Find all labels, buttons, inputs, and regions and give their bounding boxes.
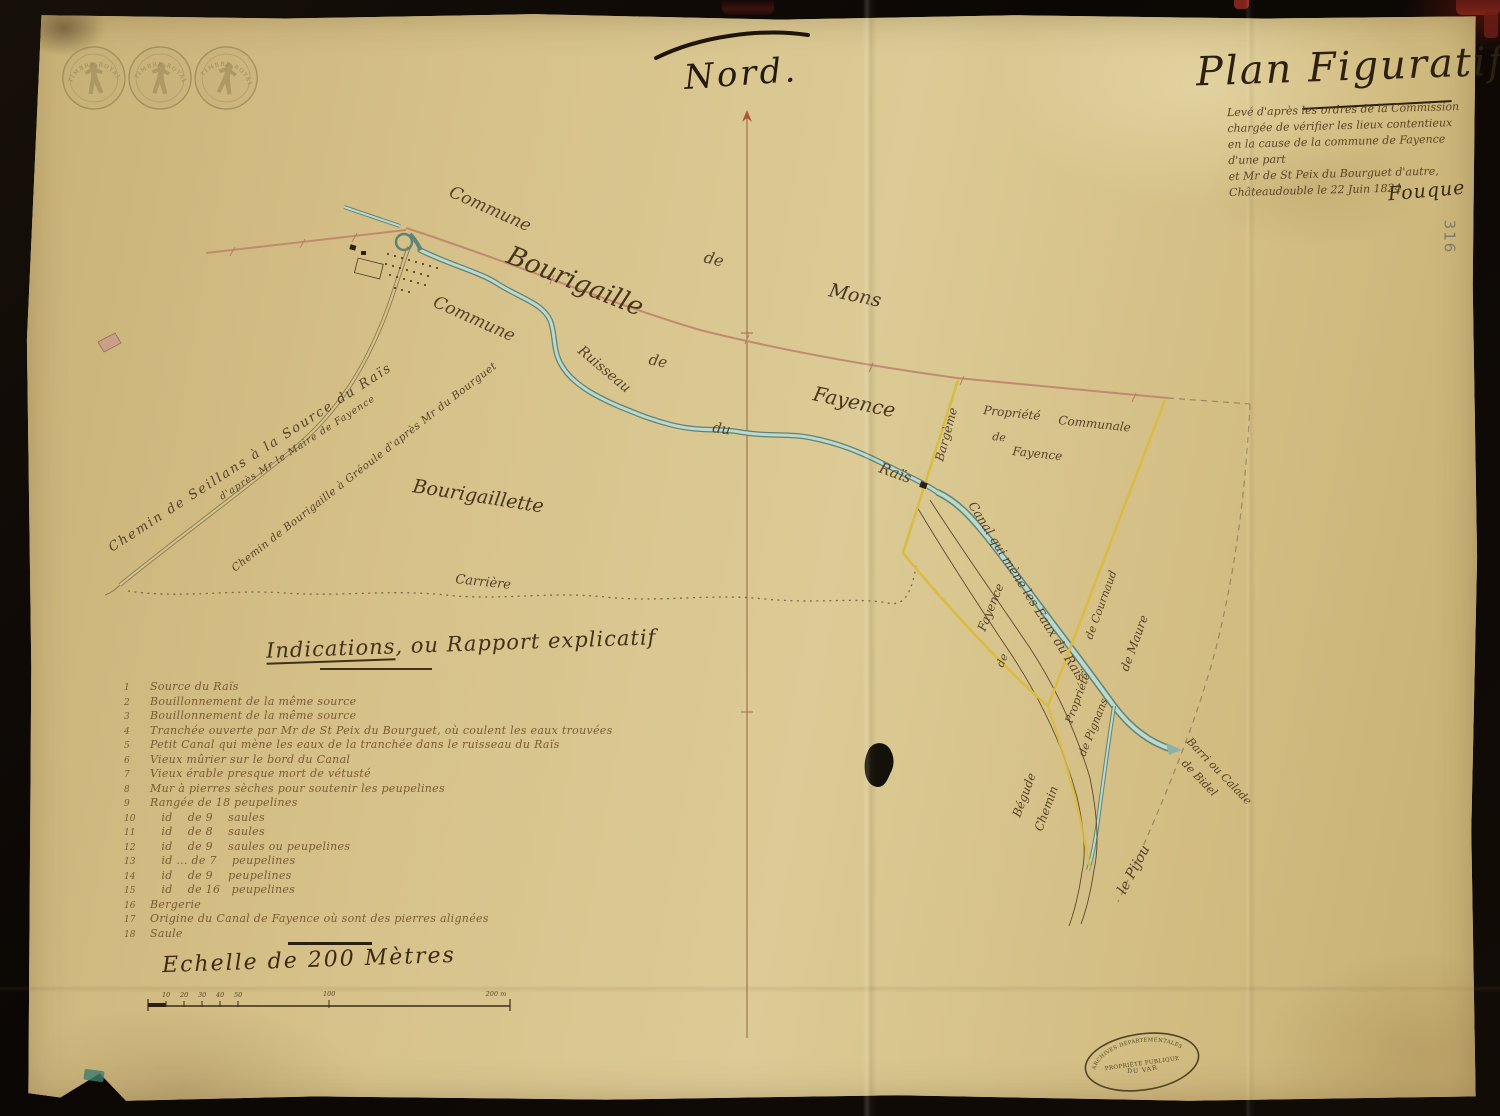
legend-item-text: id ... de 7 peupelines	[150, 854, 295, 867]
legend-item: 8Mur à pierres sèches pour soutenir les …	[118, 782, 598, 797]
legend-item: 15 id de 16 peupelines	[118, 883, 598, 898]
legend-item: 16Bergerie	[118, 898, 598, 913]
legend-item: 5Petit Canal qui mène les eaux de la tra…	[118, 738, 598, 753]
legend-item: 3Bouillonnement de la même source	[118, 709, 598, 724]
legend-item-number: 5	[118, 741, 150, 751]
legend-item-text: Rangée de 18 peupelines	[150, 796, 298, 809]
corner-wax-streak	[1484, 12, 1498, 38]
legend-item-number: 13	[118, 857, 150, 867]
legend-item-text: Saule	[150, 927, 183, 940]
scanned-plan: Commune Bourigaille de Mons Commune Ruis…	[0, 0, 1500, 1116]
legend-item-number: 3	[118, 712, 150, 722]
scale-bar: 10 20 30 40 50 100 200 m	[138, 980, 528, 1018]
scale-tick: 40	[215, 991, 224, 999]
scale-tick: 100	[323, 990, 335, 998]
legend-item: 18Saule	[118, 927, 598, 942]
legend-item: 7Vieux érable presque mort de vétusté	[118, 767, 598, 782]
legend-item-number: 2	[118, 698, 150, 708]
legend-item: 14 id de 9 peupelines	[118, 869, 598, 884]
legend-item-text: Bouillonnement de la même source	[150, 709, 356, 722]
legend-end-rule	[288, 942, 372, 945]
legend-item-number: 4	[118, 727, 150, 737]
legend-item: 17Origine du Canal de Fayence où sont de…	[118, 912, 598, 927]
legend-item-text: Vieux érable presque mort de vétusté	[150, 767, 371, 780]
legend-item-text: Mur à pierres sèches pour soutenir les p…	[150, 782, 445, 795]
scale-tick: 200 m	[485, 990, 507, 998]
scale-tick: 50	[234, 991, 242, 999]
revenue-stamps: TIMBRE ROYAL TIMBRE ROYAL TIMBRE ROYAL	[58, 40, 262, 118]
scale-tick: 10	[162, 991, 170, 999]
legend-item: 2Bouillonnement de la même source	[118, 695, 598, 710]
legend-item-text: Bergerie	[150, 898, 201, 911]
legend-item-number: 11	[118, 828, 150, 838]
legend-item-number: 18	[118, 930, 150, 940]
revenue-stamp-icon: TIMBRE ROYAL	[184, 34, 268, 123]
legend-title-word: Indications	[266, 634, 396, 664]
legend-item-text: id de 16 peupelines	[150, 883, 295, 896]
legend-list: 1Source du Raïs 2Bouillonnement de la mê…	[118, 680, 598, 941]
legend-item: 6Vieux mûrier sur le bord du Canal	[118, 753, 598, 768]
legend-item-number: 16	[118, 901, 150, 911]
legend-item: 12 id de 9 saules ou peupelines	[118, 840, 598, 855]
legend-item: 11 id de 8 saules	[118, 825, 598, 840]
legend-item-number: 12	[118, 843, 150, 853]
top-right-wax-mark	[1234, 0, 1249, 9]
legend-item-text: id de 9 peupelines	[150, 869, 292, 882]
legend-item-text: id de 9 saules	[150, 811, 265, 824]
scale-tick: 30	[198, 991, 206, 999]
sheet-number: 316	[1440, 220, 1458, 255]
legend-item: 13 id ... de 7 peupelines	[118, 854, 598, 869]
legend-item-text: Petit Canal qui mène les eaux de la tran…	[150, 738, 560, 751]
legend-item-number: 9	[118, 799, 150, 809]
legend-item-text: Source du Raïs	[150, 680, 239, 693]
legend-item: 1Source du Raïs	[118, 680, 598, 695]
top-clip	[722, 0, 774, 15]
scale-tick: 20	[179, 991, 188, 999]
legend-item-number: 10	[118, 814, 150, 824]
legend-item: 9Rangée de 18 peupelines	[118, 796, 598, 811]
legend-item-text: Bouillonnement de la même source	[150, 695, 356, 708]
legend-item-number: 15	[118, 886, 150, 896]
legend-item-number: 7	[118, 770, 150, 780]
legend-item-text: id de 8 saules	[150, 825, 265, 838]
legend-item-text: Vieux mûrier sur le bord du Canal	[150, 753, 350, 766]
legend-item: 10 id de 9 saules	[118, 811, 598, 826]
legend-item-number: 6	[118, 756, 150, 766]
legend-item-number: 14	[118, 872, 150, 882]
north-label: Nord.	[683, 50, 800, 98]
legend-item-number: 8	[118, 785, 150, 795]
legend-rule	[320, 668, 432, 670]
legend-item: 4Tranchée ouverte par Mr de St Peix du B…	[118, 724, 598, 739]
legend-item-number: 1	[118, 683, 150, 693]
legend-item-text: id de 9 saules ou peupelines	[150, 840, 350, 853]
legend-item-text: Origine du Canal de Fayence où sont des …	[150, 912, 489, 925]
legend-item-number: 17	[118, 915, 150, 925]
legend-item-text: Tranchée ouverte par Mr de St Peix du Bo…	[150, 724, 613, 737]
